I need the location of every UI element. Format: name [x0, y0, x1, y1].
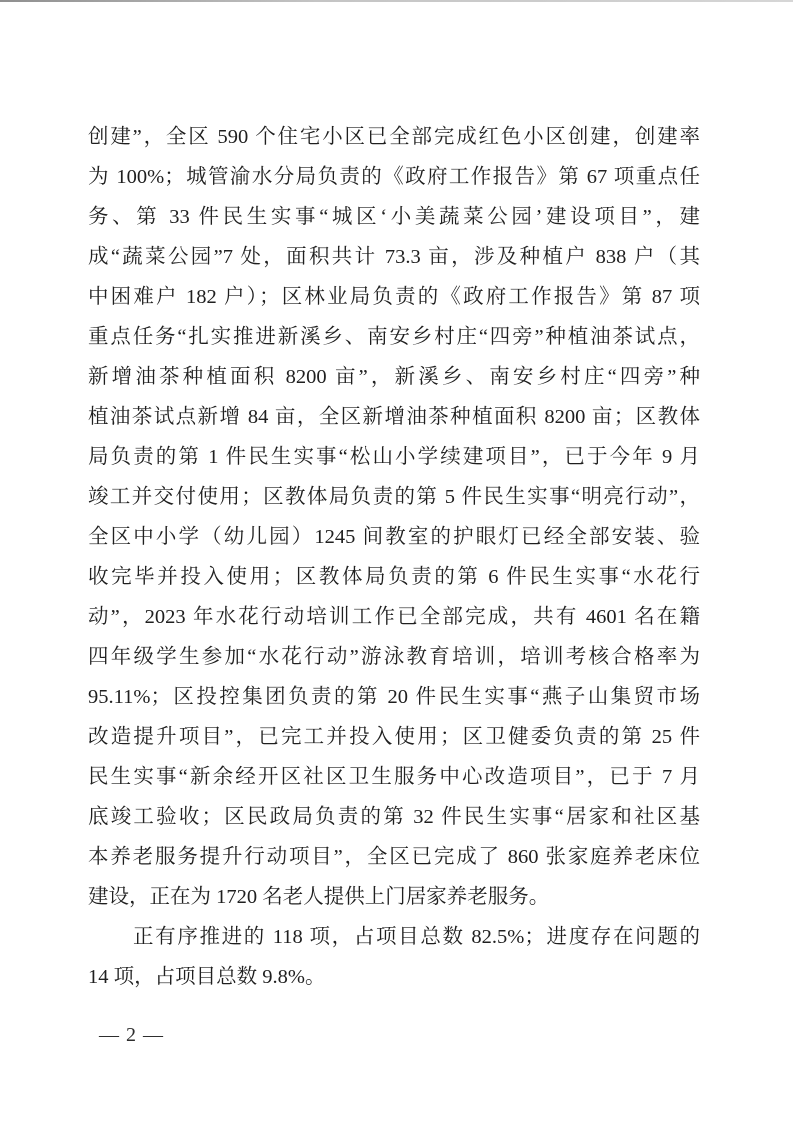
body-line: 植油茶试点新增 84 亩，全区新增油茶种植面积 8200 亩；区教体 [88, 397, 700, 437]
body-line: 创建”，全区 590 个住宅小区已全部完成红色小区创建，创建率 [88, 117, 700, 157]
body-line: 14 项，占项目总数 9.8%。 [88, 957, 700, 997]
body-line: 收完毕并投入使用；区教体局负责的第 6 件民生实事“水花行 [88, 557, 700, 597]
body-line: 改造提升项目”，已完工并投入使用；区卫健委负责的第 25 件 [88, 717, 700, 757]
body-line: 务、第 33 件民生实事“城区‘小美蔬菜公园’建设项目”，建 [88, 197, 700, 237]
body-line: 成“蔬菜公园”7 处，面积共计 73.3 亩，涉及种植户 838 户（其 [88, 237, 700, 277]
body-line: 正有序推进的 118 项，占项目总数 82.5%；进度存在问题的 [88, 917, 700, 957]
body-line: 民生实事“新余经开区社区卫生服务中心改造项目”，已于 7 月 [88, 757, 700, 797]
document-body: 创建”，全区 590 个住宅小区已全部完成红色小区创建，创建率 为 100%；城… [88, 117, 700, 997]
body-line: 新增油茶种植面积 8200 亩”，新溪乡、南安乡村庄“四旁”种 [88, 357, 700, 397]
body-line: 底竣工验收；区民政局负责的第 32 件民生实事“居家和社区基 [88, 797, 700, 837]
body-line: 建设，正在为 1720 名老人提供上门居家养老服务。 [88, 877, 700, 917]
body-line: 本养老服务提升行动项目”，全区已完成了 860 张家庭养老床位 [88, 837, 700, 877]
document-page: 创建”，全区 590 个住宅小区已全部完成红色小区创建，创建率 为 100%；城… [0, 0, 793, 1122]
body-line: 竣工并交付使用；区教体局负责的第 5 件民生实事“明亮行动”， [88, 477, 700, 517]
scan-edge-artifact [0, 0, 793, 2]
page-number: — 2 — [99, 1022, 164, 1048]
body-line: 局负责的第 1 件民生实事“松山小学续建项目”，已于今年 9 月 [88, 437, 700, 477]
body-line: 95.11%；区投控集团负责的第 20 件民生实事“燕子山集贸市场 [88, 677, 700, 717]
body-line: 为 100%；城管渝水分局负责的《政府工作报告》第 67 项重点任 [88, 157, 700, 197]
body-line: 全区中小学（幼儿园）1245 间教室的护眼灯已经全部安装、验 [88, 517, 700, 557]
body-line: 四年级学生参加“水花行动”游泳教育培训，培训考核合格率为 [88, 637, 700, 677]
body-line: 动”，2023 年水花行动培训工作已全部完成，共有 4601 名在籍 [88, 597, 700, 637]
body-line: 中困难户 182 户）；区林业局负责的《政府工作报告》第 87 项 [88, 277, 700, 317]
body-line: 重点任务“扎实推进新溪乡、南安乡村庄“四旁”种植油茶试点， [88, 317, 700, 357]
